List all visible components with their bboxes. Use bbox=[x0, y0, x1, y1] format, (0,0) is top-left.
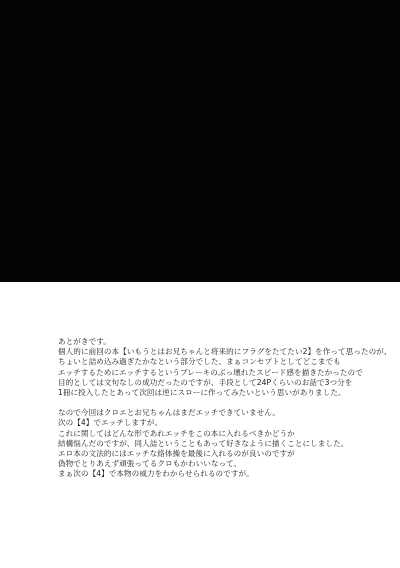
text-line: なので今回はクロエとお兄ちゃんはまだエッチできていません。 bbox=[58, 408, 388, 418]
text-line: これに関してはどんな形であれエッチをこの本に入れるべきかどうか bbox=[58, 429, 388, 439]
black-image-panel bbox=[0, 0, 400, 282]
text-line: エロ本の文法的にはエッチな絡体操を最後に入れるのが良いのですが bbox=[58, 449, 388, 459]
text-line: 次の【4】でエッチしますが、 bbox=[58, 418, 388, 428]
text-line: 結構悩んだのですが、同人誌ということもあって好きなように描くことにしました。 bbox=[58, 439, 388, 449]
text-line: まぁ次の【4】で本物の威力をわからせられるのですが。 bbox=[58, 469, 388, 479]
text-line: ちょいと詰め込み過ぎたかなという部分でした、まぁコンセプトとしてどこまでも bbox=[58, 357, 388, 367]
text-line: 1冊に投入したとあって次回は逆にスローに作ってみたいという思いがありました。 bbox=[58, 388, 388, 398]
text-line: 偽物でとりあえず頑張ってるクロもかわいいなって、 bbox=[58, 459, 388, 469]
text-line: 目的としては文句なしの成功だったのですが、手段として24Pくらいのお話で3つ分を bbox=[58, 378, 388, 388]
afterword-paragraph-1: あとがきです。 個人的に前回の本【いもうとはお兄ちゃんと将来的にフラグをたてたい… bbox=[58, 337, 388, 398]
text-line: エッチするためにエッチするというブレーキのぶっ壊れたスピード感を描きたかったので bbox=[58, 368, 388, 378]
afterword-paragraph-2: なので今回はクロエとお兄ちゃんはまだエッチできていません。 次の【4】でエッチし… bbox=[58, 408, 388, 479]
text-line: 個人的に前回の本【いもうとはお兄ちゃんと将来的にフラグをたてたい2】を作って思っ… bbox=[58, 347, 388, 357]
afterword-text: あとがきです。 個人的に前回の本【いもうとはお兄ちゃんと将来的にフラグをたてたい… bbox=[58, 337, 388, 490]
text-line: あとがきです。 bbox=[58, 337, 388, 347]
